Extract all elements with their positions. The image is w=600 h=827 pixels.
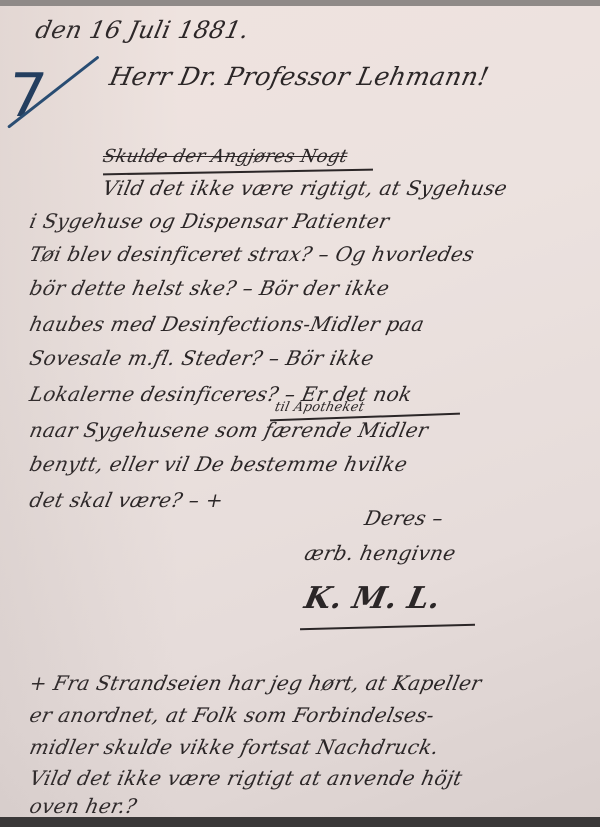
footnote-line: midler skulde vikke fortsat Nachdruck. [27, 735, 441, 759]
footnote-line: oven her.? [27, 794, 139, 818]
body-line: Sovesale m.fl. Steder? – Bör ikke [27, 346, 376, 370]
body-line: i Sygehuse og Dispensar Patienter [27, 209, 391, 233]
signature: K. M. L. [301, 581, 443, 616]
insertion: til Apotheket [273, 400, 365, 415]
date-line: den 16 Juli 1881. [33, 16, 252, 44]
scan-bottom-edge [0, 817, 600, 827]
body-line: det skal være? – + [27, 488, 225, 512]
footnote-line: Vild det ikke være rigtigt at anvende hö… [27, 766, 464, 790]
footnote-line: + Fra Strandseien har jeg hørt, at Kapel… [27, 671, 483, 695]
closing-line: Deres – [362, 506, 445, 530]
signature-underline [300, 624, 475, 631]
closing-line: ærb. hengivne [302, 541, 458, 565]
body-line: haubes med Desinfections-Midler paa [27, 312, 426, 336]
body-line: Vild det ikke være rigtigt, at Sygehuse [100, 176, 509, 200]
archive-number-mark: 7 [4, 61, 50, 131]
salutation: Herr Dr. Professor Lehmann! [107, 62, 492, 91]
letter-page: 7 den 16 Juli 1881. Herr Dr. Professor L… [0, 6, 600, 818]
body-line: benytt, eller vil De bestemme hvilke [27, 452, 409, 476]
footnote-line: er anordnet, at Folk som Forbindelses- [27, 703, 436, 727]
struck-heading: Skulde der Angjøres Nogt [101, 146, 350, 167]
heading-underline [103, 169, 373, 176]
body-line: Tøi blev desinficeret strax? – Og hvorle… [27, 242, 476, 266]
body-line: bör dette helst ske? – Bör der ikke [27, 276, 391, 300]
body-line: naar Sygehusene som færende Midler [27, 418, 430, 442]
